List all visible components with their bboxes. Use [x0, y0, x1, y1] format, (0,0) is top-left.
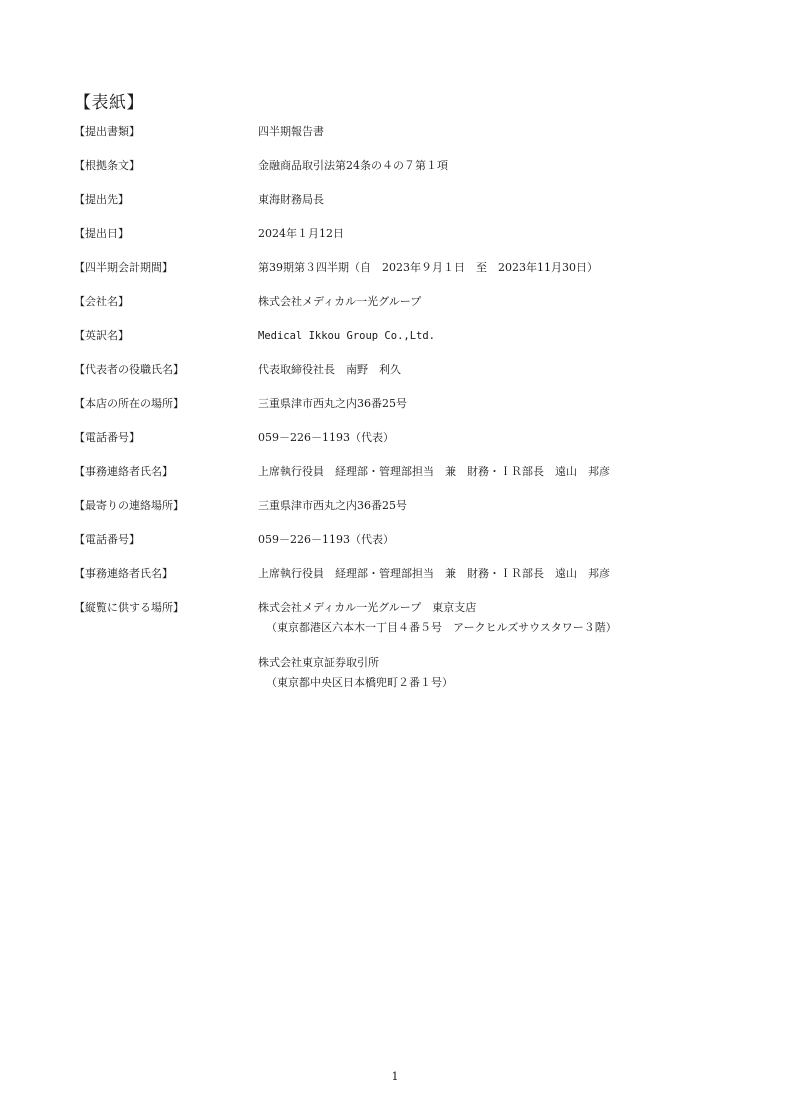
- inspection-place-name: 株式会社メディカル一光グループ 東京支店: [258, 601, 476, 614]
- field-label: 【提出書類】: [74, 125, 140, 139]
- field-label: 【提出先】: [74, 193, 129, 207]
- field-label: 【事務連絡者氏名】: [74, 567, 173, 581]
- field-label: 【縦覧に供する場所】: [74, 601, 184, 615]
- field-value: 上席執行役員 経理部・管理部担当 兼 財務・ＩＲ部長 遠山 邦彦: [258, 465, 610, 479]
- page-number: 1: [0, 1070, 790, 1083]
- field-label: 【電話番号】: [74, 533, 140, 547]
- inspection-place-address: （東京都港区六本木一丁目４番５号 アークヒルズサウスタワー３階）: [258, 621, 617, 635]
- field-value: 四半期報告書: [258, 125, 324, 139]
- page-title: 【表紙】: [74, 88, 144, 113]
- field-label: 【最寄りの連絡場所】: [74, 499, 184, 513]
- field-label: 【代表者の役職氏名】: [74, 363, 184, 377]
- field-label: 【根拠条文】: [74, 159, 140, 173]
- inspection-place-address: （東京都中央区日本橋兜町２番１号）: [258, 676, 453, 690]
- field-value: 株式会社東京証券取引所 （東京都中央区日本橋兜町２番１号）: [258, 656, 453, 690]
- field-value: 059－226－1193（代表）: [258, 533, 394, 547]
- field-value: 株式会社メディカル一光グループ: [258, 295, 421, 309]
- field-value: 三重県津市西丸之内36番25号: [258, 499, 407, 513]
- field-label: 【英訳名】: [74, 329, 129, 343]
- field-value: 059－226－1193（代表）: [258, 431, 394, 445]
- field-value: 金融商品取引法第24条の４の７第１項: [258, 159, 448, 173]
- field-value: 三重県津市西丸之内36番25号: [258, 397, 407, 411]
- field-value: 株式会社メディカル一光グループ 東京支店 （東京都港区六本木一丁目４番５号 アー…: [258, 601, 617, 635]
- field-label: 【電話番号】: [74, 431, 140, 445]
- field-value: 2024年１月12日: [258, 227, 344, 241]
- field-label: 【会社名】: [74, 295, 129, 309]
- field-value: 上席執行役員 経理部・管理部担当 兼 財務・ＩＲ部長 遠山 邦彦: [258, 567, 610, 581]
- field-value: Medical Ikkou Group Co.,Ltd.: [258, 329, 435, 343]
- field-value: 東海財務局長: [258, 193, 324, 207]
- field-label: 【四半期会計期間】: [74, 261, 173, 275]
- field-value: 代表取締役社長 南野 利久: [258, 363, 401, 377]
- inspection-place-name: 株式会社東京証券取引所: [258, 656, 379, 669]
- field-label: 【本店の所在の場所】: [74, 397, 184, 411]
- field-label: 【事務連絡者氏名】: [74, 465, 173, 479]
- field-value: 第39期第３四半期（自 2023年９月１日 至 2023年11月30日）: [258, 261, 598, 275]
- field-label: 【提出日】: [74, 227, 129, 241]
